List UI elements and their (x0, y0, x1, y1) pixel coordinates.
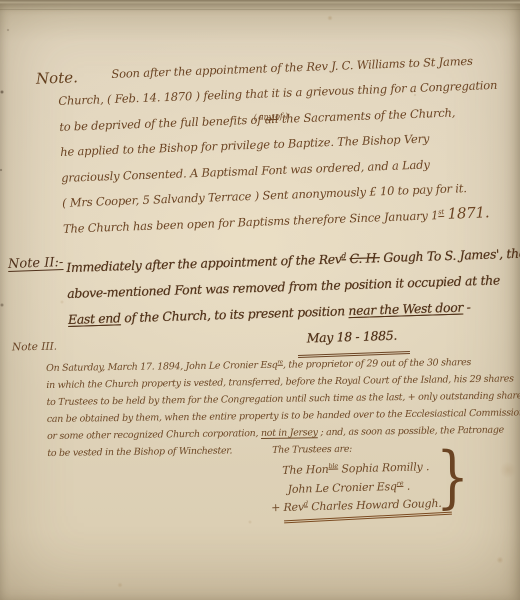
text-segment: 1871. (447, 204, 489, 224)
text-segment: East end (68, 310, 121, 327)
note-3-label: Note III. (12, 341, 57, 354)
paper-crease (0, 9, 520, 10)
text-segment: , the proprietor of 29 out of the 30 sha… (283, 357, 471, 371)
manuscript-page: Note. Soon after the appointment of the … (0, 0, 520, 600)
text-segment: not in Jersey (261, 427, 318, 439)
text-segment: On Saturday, March 17. 1894, John Le Cro… (46, 360, 277, 374)
text-segment: the Sacraments of the Church, (278, 105, 455, 125)
inserted-text-above: ( any of ) (253, 104, 288, 131)
note-2-body: Immediately after the appointment of the… (66, 241, 520, 359)
text-segment: all( any of ) (264, 112, 278, 126)
note-1-body: Soon after the appointment of the Rev J.… (57, 48, 502, 243)
text-segment: Immediately after the appointment of the… (66, 251, 342, 275)
text-segment: near the West door (348, 300, 463, 319)
text-segment: or some other recognized Church corporat… (47, 428, 261, 442)
text-segment: May 18 - 1885. (306, 328, 397, 346)
text-segment: - (463, 299, 471, 314)
text-segment: John Le Cronier Esq (288, 480, 397, 496)
text-segment: + Rev (271, 500, 304, 514)
page-top-edge (0, 0, 520, 4)
text-segment: to be vested in the Bishop of Winchester… (47, 445, 232, 459)
trustee-list: The Honble Sophia Romilly .John Le Croni… (282, 458, 442, 518)
text-segment: Charles Howard Gough. (308, 497, 442, 513)
text-segment: Sophia Romilly . (338, 460, 429, 475)
note-2-label: Note II:- (8, 255, 64, 272)
text-segment: Gough To S. James', the (380, 246, 520, 266)
text-segment: The Hon (282, 463, 329, 477)
text-segment: C. H. (349, 250, 380, 266)
text-segment: ble (328, 462, 338, 470)
text-segment: The Trustees are: (272, 444, 352, 456)
text-segment: of the Church, to its present position (120, 303, 348, 325)
text-segment: ; and, as soon as possible, the Patronag… (318, 425, 504, 439)
text-segment: . (403, 479, 410, 492)
brace-icon: } (436, 439, 469, 517)
text-segment: to be deprived of the full benefits of (59, 112, 265, 134)
